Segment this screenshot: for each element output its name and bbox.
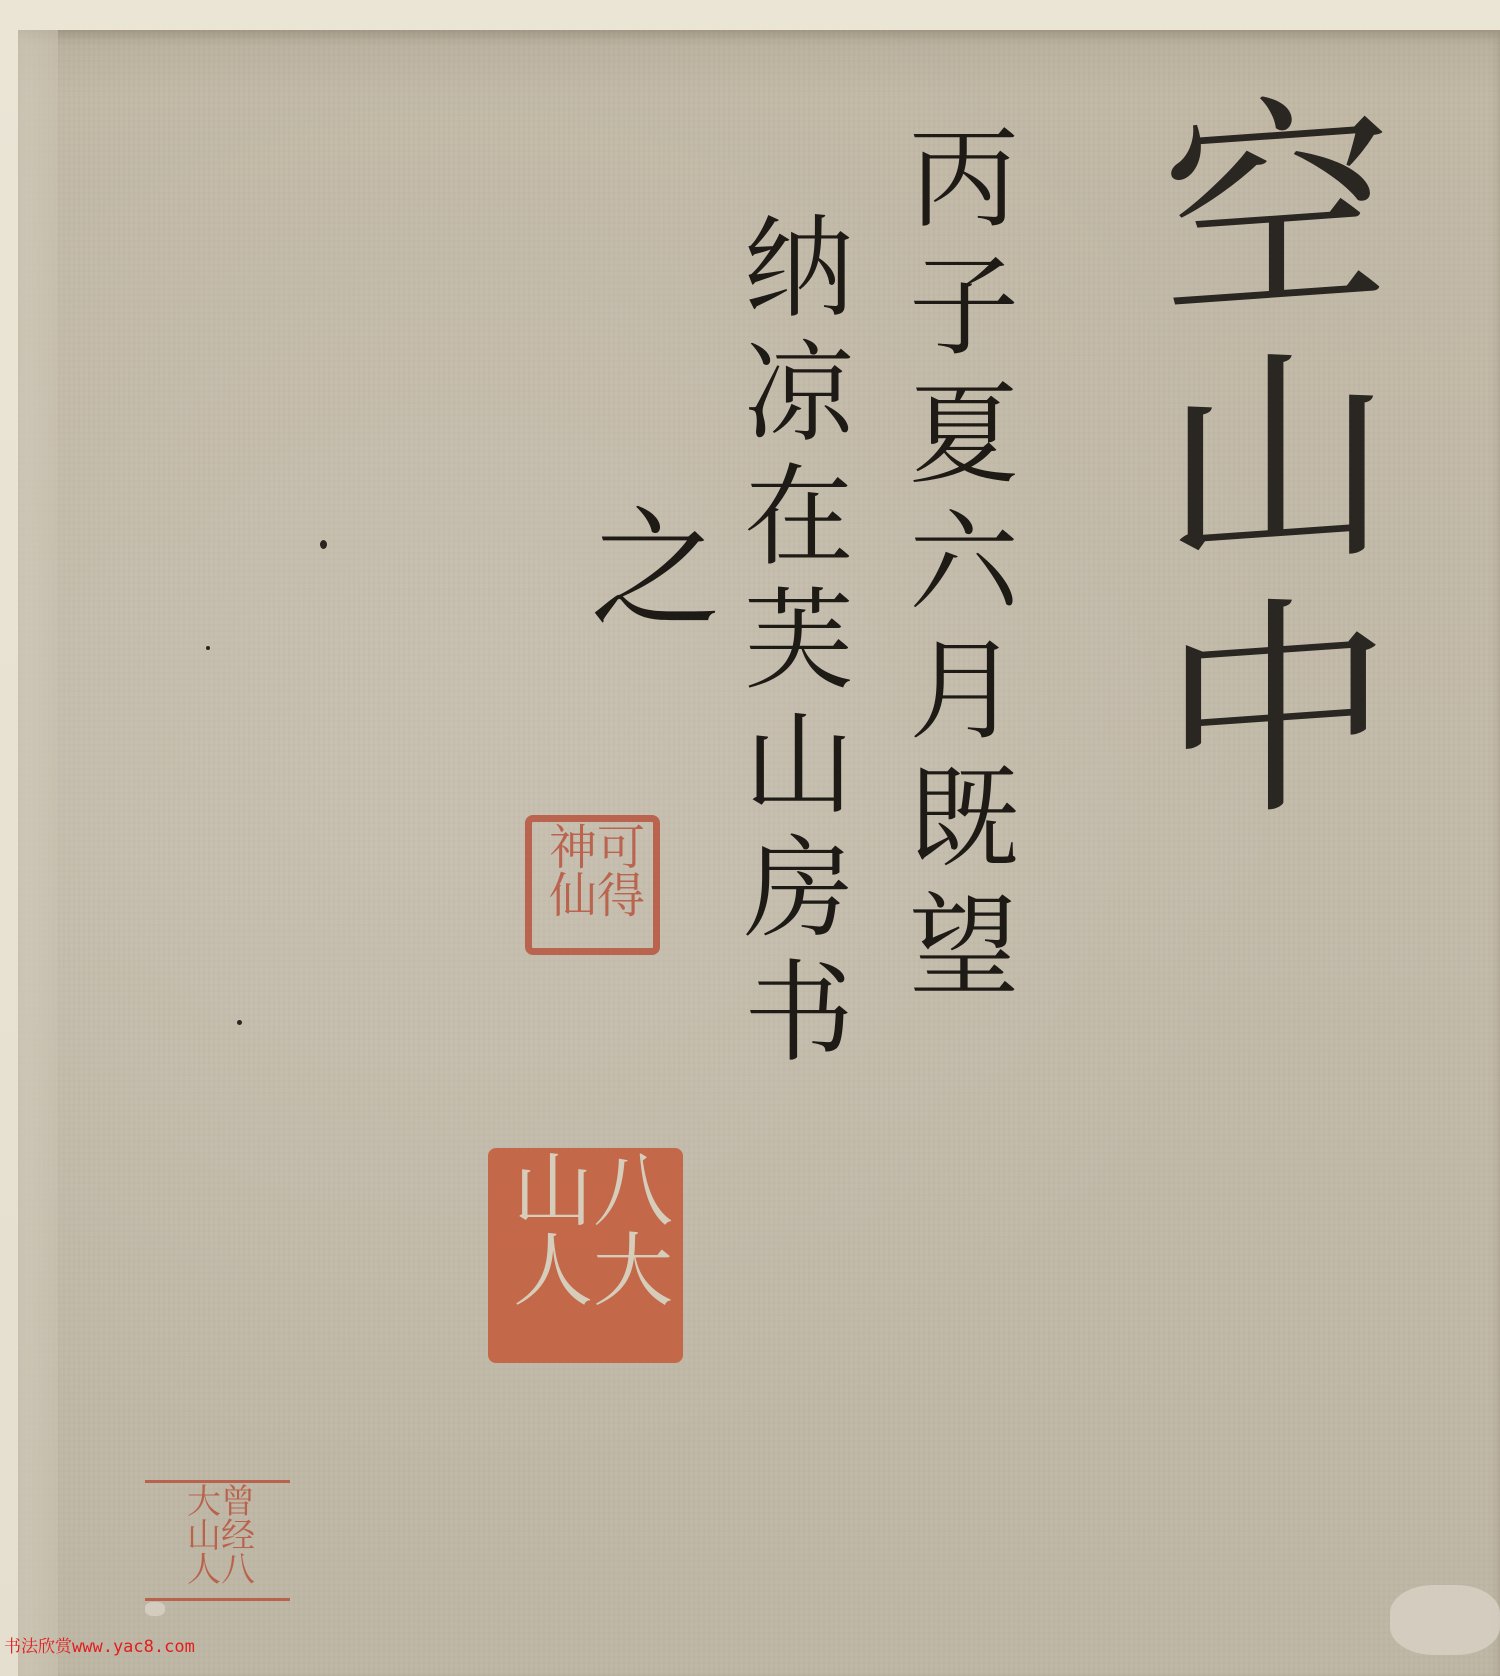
ink-spot (206, 646, 210, 650)
ink-spot (320, 540, 327, 549)
watermark-text: 书法欣赏www.yac8.com (4, 1632, 195, 1657)
ink-spot (237, 1020, 242, 1025)
seal-intaglio: 八大山人 (488, 1148, 683, 1363)
paper-left-edge (18, 30, 58, 1676)
seal-collector: 曾经八大山人 (145, 1480, 290, 1601)
artist-signature: 之 (580, 500, 710, 630)
title-calligraphy: 空山中 (1140, 82, 1370, 848)
paper-stain (145, 1602, 165, 1616)
inscription-line-2: 纳凉在芙山房书 (735, 210, 845, 1078)
inscription-line-1: 丙子夏六月既望 (900, 120, 1010, 1016)
seal-relief: 可得神仙 (525, 815, 660, 955)
paper-stain (1390, 1585, 1500, 1655)
